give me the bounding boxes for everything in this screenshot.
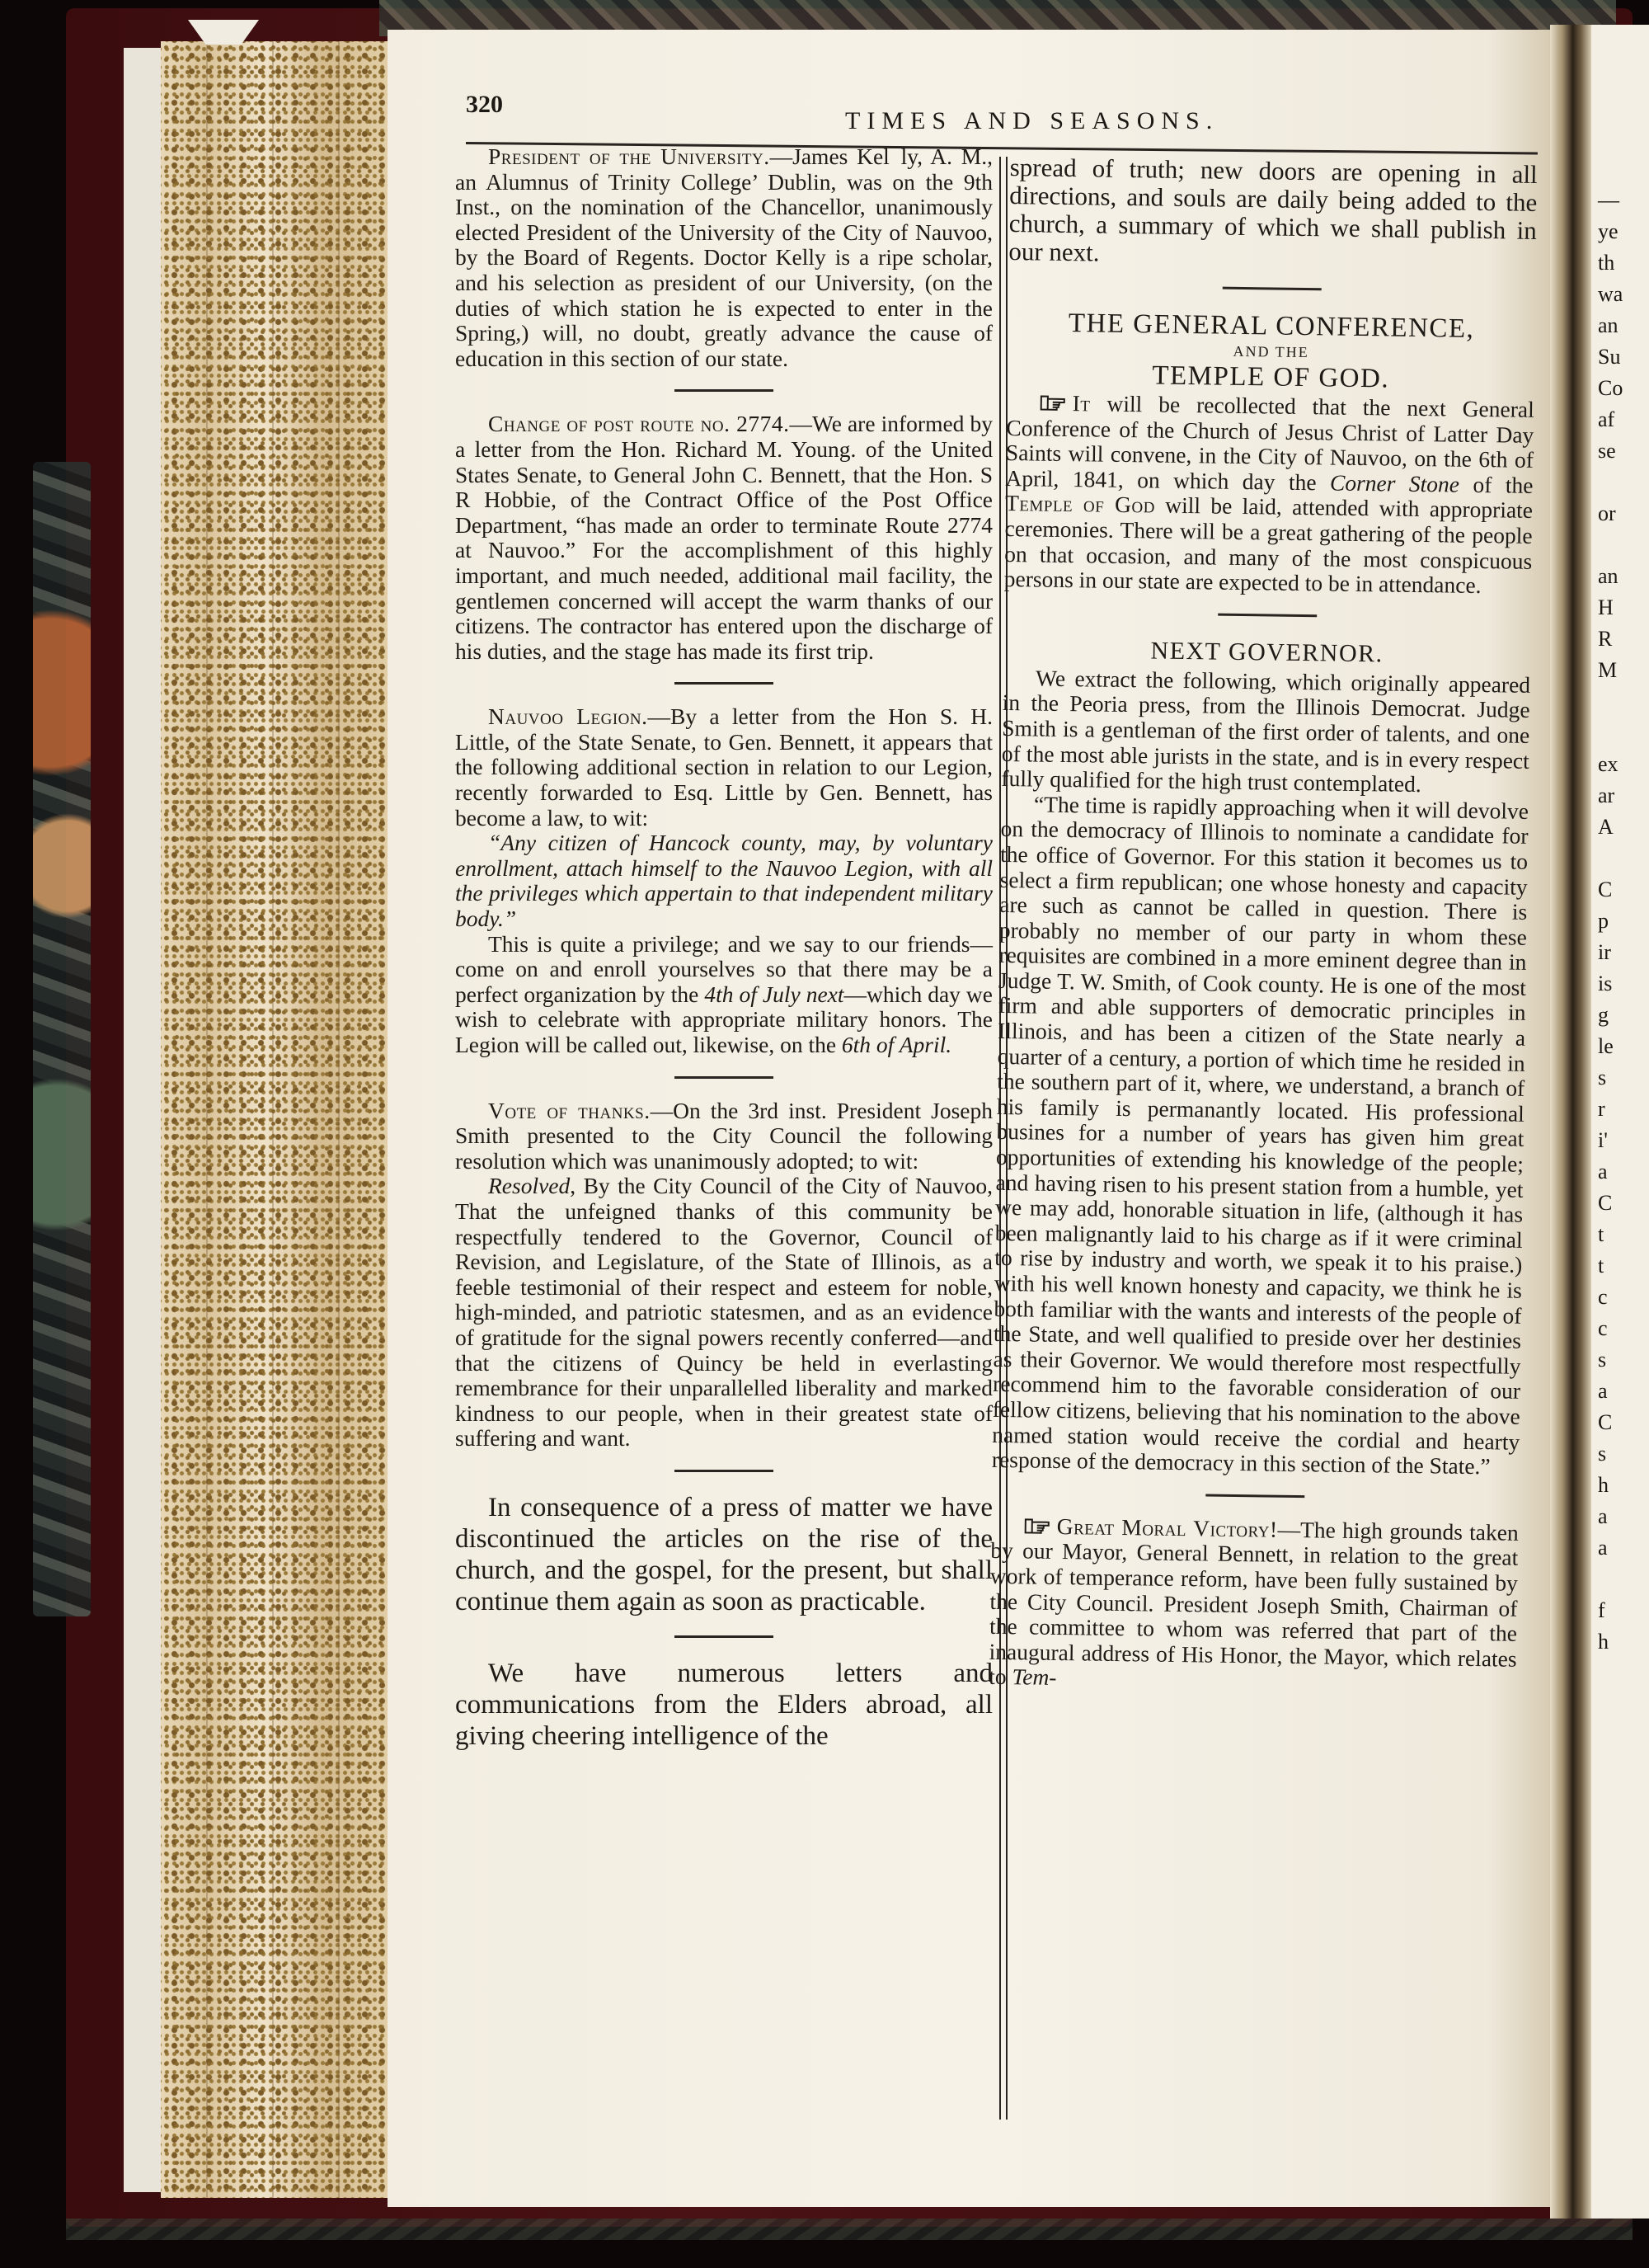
page-number: 320 [466, 91, 503, 119]
facing-page-fragment: an [1598, 315, 1618, 336]
facing-page-fragment: i' [1598, 1130, 1608, 1151]
italic-date: 4th of July next [704, 981, 843, 1007]
marbled-endpaper-left [33, 462, 91, 1616]
page-edge-line [272, 41, 274, 2198]
facing-page-fragment: t [1598, 1224, 1604, 1245]
facing-page-fragment: h [1598, 1631, 1609, 1653]
legion-commentary: This is quite a privilege; and we say to… [455, 932, 993, 1058]
facing-page-fragment: is [1598, 973, 1612, 995]
article-great-moral-victory: Great Moral Victory!—The high grounds ta… [989, 1513, 1519, 1697]
facing-page-fragment: H [1598, 597, 1614, 619]
italic-date: 6th of April. [842, 1032, 951, 1057]
italic-corner-stone: Corner Stone [1330, 469, 1459, 496]
facing-page-fragment: — [1598, 190, 1619, 211]
article-heading: Change of post route no. 2774. [488, 411, 789, 436]
pointing-hand-icon [1040, 394, 1068, 412]
book-gutter [1550, 25, 1591, 2219]
legion-quote: “Any citizen of Hancock county, may, by … [455, 831, 993, 931]
facing-page-fragment: t [1598, 1255, 1604, 1277]
left-column: President of the University.—James Kel¯l… [455, 144, 993, 1752]
article-vote-of-thanks: Vote of thanks.—On the 3rd inst. Preside… [455, 1099, 993, 1174]
facing-page-fragment: s [1598, 1067, 1606, 1089]
smallcaps-temple: Temple of God [1005, 490, 1155, 518]
press-notice: In consequence of a press of matter we h… [455, 1492, 993, 1617]
facing-page-fragment: A [1598, 816, 1614, 838]
facing-page-fragment: or [1598, 503, 1616, 525]
facing-page-fragment: g [1598, 1005, 1609, 1026]
article-president-university: President of the University.—James Kel¯l… [455, 144, 993, 371]
flyleaf [124, 48, 165, 2192]
facing-page: —yethwaanSuCoafseoranHRMexarACpirisglesr… [1591, 25, 1649, 2219]
running-head: 320 TIMES AND SEASONS. [466, 89, 1538, 139]
facing-page-fragment: le [1598, 1036, 1614, 1057]
facing-page-fragment: c [1598, 1318, 1608, 1339]
page-edge-line [338, 41, 340, 2198]
facing-page-fragment: wa [1598, 284, 1623, 305]
facing-page-fragment: M [1598, 660, 1617, 681]
resolved-word: Resolved [488, 1173, 570, 1198]
right-column: spread of truth; new doors are opening i… [989, 153, 1538, 1697]
facing-page-fragment: R [1598, 628, 1612, 650]
facing-page-fragment: h [1598, 1475, 1609, 1496]
facing-page-fragment: th [1598, 252, 1614, 274]
article-heading: Nauvoo Legion. [488, 703, 648, 729]
article-body: —The high grounds taken by our Mayor, Ge… [989, 1516, 1519, 1689]
marbled-endpaper-bottom [66, 2219, 1633, 2240]
facing-page-fragment: a [1598, 1506, 1608, 1527]
italic-continuation: Tem- [1012, 1664, 1056, 1691]
lead-word: It [1073, 390, 1091, 416]
facing-page-fragment: p [1598, 910, 1609, 932]
resolution: Resolved, By the City Council of the Cit… [455, 1174, 993, 1452]
section-rule [674, 1470, 773, 1472]
facing-page-fragment: ir [1598, 942, 1611, 963]
section-rule [674, 682, 773, 685]
facing-page-fragment: C [1598, 1193, 1612, 1214]
facing-page-fragment: C [1598, 879, 1612, 901]
facing-page-fragment: an [1598, 566, 1618, 587]
letters-continued: spread of truth; new doors are opening i… [1008, 153, 1538, 273]
article-general-conference: It will be recollected that the next Gen… [1004, 390, 1534, 600]
letters-notice: We have numerous letters and communicati… [455, 1658, 993, 1752]
journal-title: TIMES AND SEASONS. [845, 107, 1219, 135]
section-rule [1218, 613, 1317, 617]
pointing-hand-icon [1024, 1517, 1052, 1535]
foxed-page-edges [161, 41, 390, 2198]
article-body: —We are informed by a letter from the Ho… [455, 411, 993, 663]
governor-intro: We extract the following, which original… [1001, 666, 1530, 799]
article-body: —James Kel¯ly, A. M., an Alumnus of Trin… [455, 144, 993, 371]
facing-page-fragment: a [1598, 1161, 1608, 1183]
facing-page-fragment: ar [1598, 785, 1614, 807]
section-rule [674, 1635, 773, 1638]
facing-page-fragment: af [1598, 409, 1614, 431]
facing-page-fragment: r [1598, 1099, 1605, 1120]
facing-page-fragment: C [1598, 1412, 1612, 1433]
section-rule [1223, 287, 1322, 291]
facing-page-fragment: ye [1598, 221, 1618, 242]
facing-page-fragment: Su [1598, 346, 1620, 368]
facing-page-fragment: f [1598, 1600, 1605, 1621]
section-rule [1205, 1494, 1304, 1498]
facing-page-fragment: Co [1598, 378, 1623, 399]
article-heading: Great Moral Victory! [1057, 1513, 1278, 1542]
facing-page-fragment: ex [1598, 754, 1618, 775]
facing-page-fragment: c [1598, 1287, 1608, 1308]
section-rule [674, 389, 773, 392]
section-rule [674, 1076, 773, 1079]
facing-page-fragment: a [1598, 1381, 1608, 1402]
text: of the [1459, 471, 1534, 497]
article-heading: President of the University. [488, 144, 770, 169]
facing-page-fragment: s [1598, 1443, 1606, 1465]
article-heading: Vote of thanks. [488, 1098, 651, 1123]
article-nauvoo-legion: Nauvoo Legion.—By a letter from the Hon … [455, 704, 993, 831]
facing-page-fragment: s [1598, 1349, 1606, 1371]
facing-page-fragment: a [1598, 1537, 1608, 1559]
governor-quote: “The time is rapidly approaching when it… [992, 792, 1529, 1480]
page-edge-line [206, 41, 208, 2198]
article-post-route: Change of post route no. 2774.—We are in… [455, 412, 993, 664]
resolution-text: , By the City Council of the City of Nau… [455, 1173, 993, 1451]
facing-page-fragment: se [1598, 440, 1616, 462]
